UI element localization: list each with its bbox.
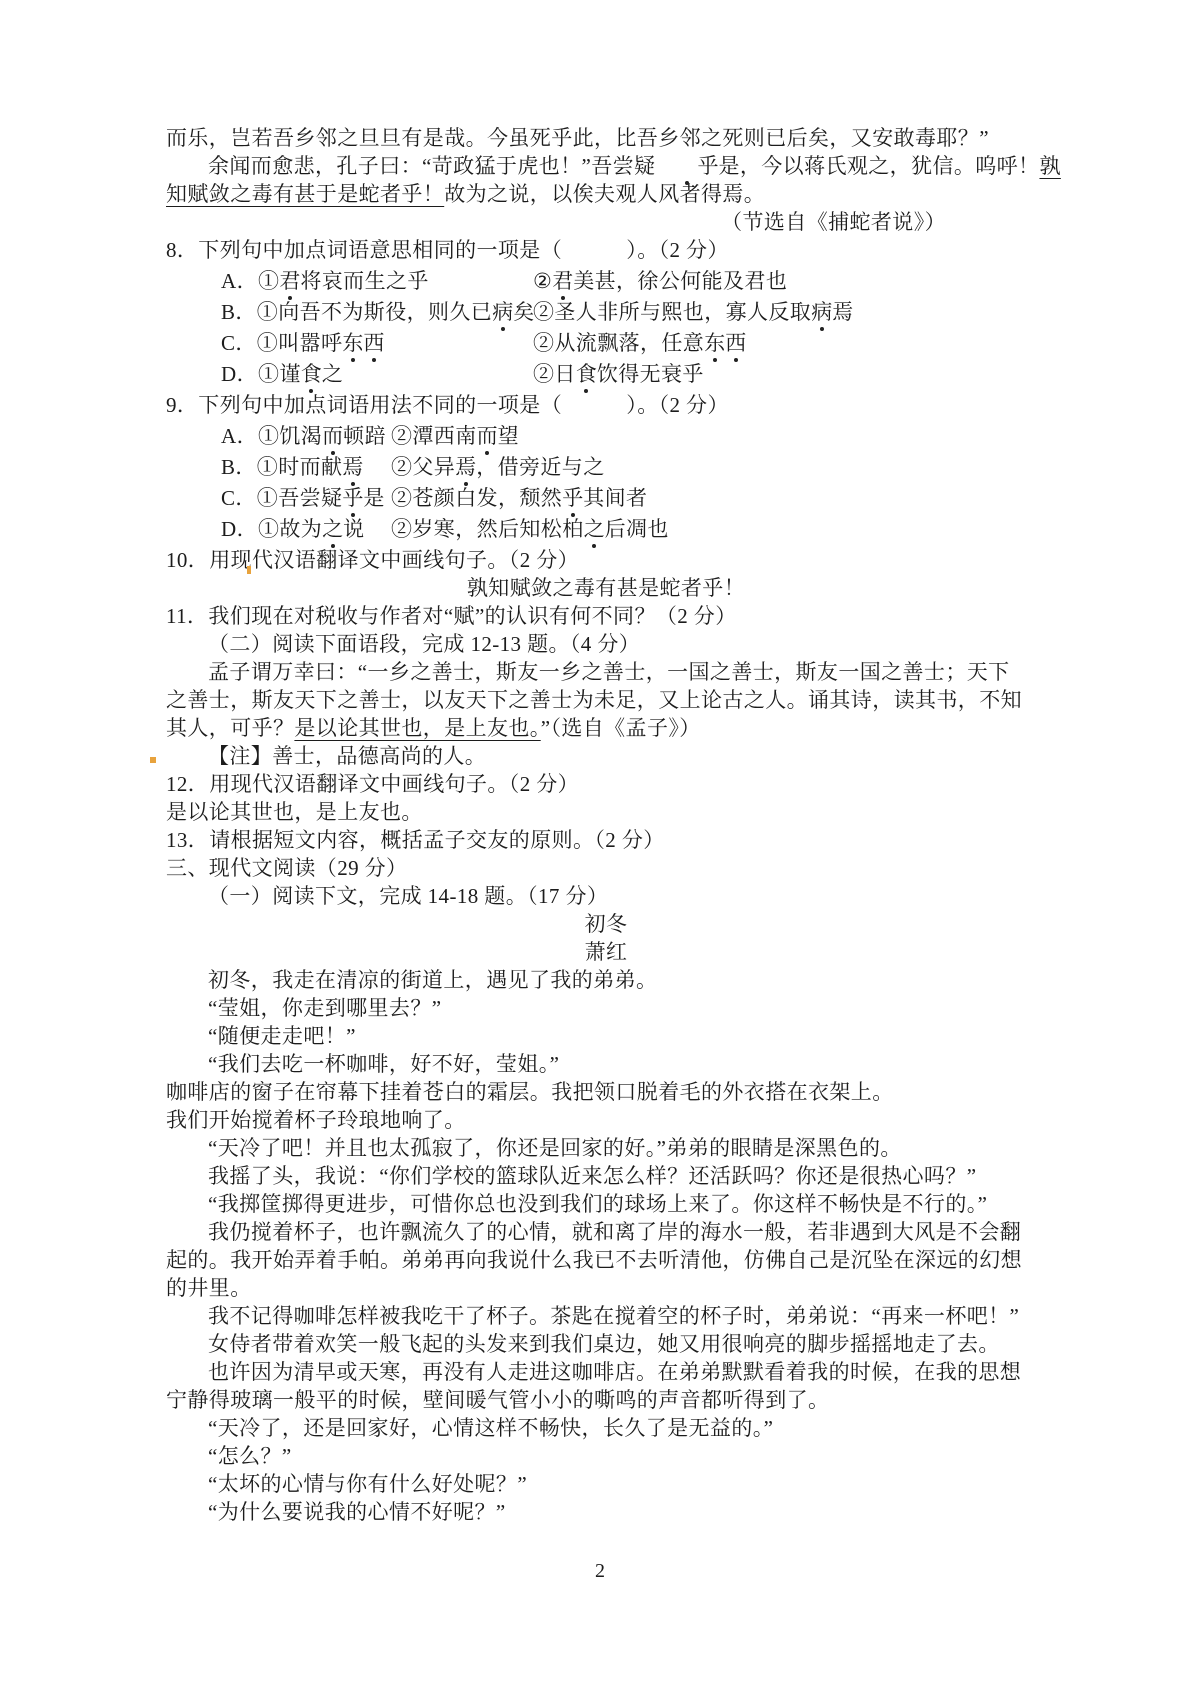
text-segment: 三、现代文阅读（29 分） (166, 856, 407, 880)
text-segment: 其间者 (583, 486, 647, 510)
text-segment: ②日 (533, 362, 576, 386)
option-col2: ②苍颜白发，颓然乎其间者 (391, 484, 647, 512)
text-segment: 之 (322, 362, 343, 386)
text-segment: 说 (343, 517, 364, 541)
emphasis-dot-char: 君 (552, 267, 573, 295)
text-segment: 我摇了头，我说：“你们学校的篮球队近来怎么样？还活跃吗？你还是很热心吗？” (208, 1164, 976, 1188)
question-line: 13．请根据短文内容，概括孟子交友的原则。（2 分） (166, 826, 1046, 854)
emphasis-dot-char: 食 (301, 360, 322, 388)
text-segment: 13．请根据短文内容，概括孟子交友的原则。（2 分） (166, 828, 665, 852)
question-line: 三、现代文阅读（29 分） (166, 854, 1046, 882)
centered-line: 初冬 (166, 910, 1046, 938)
text-segment: ②父异 (391, 455, 455, 479)
text-segment: “为什么要说我的心情不好呢？” (208, 1500, 506, 1524)
text-segment: 10．用现代汉语翻译文中画线句子。（2 分） (166, 548, 579, 572)
option-col2: ②圣人非所与熙也，寡人反取病焉 (533, 298, 854, 326)
paragraph-line-indent: “莹姐，你走到哪里去？” (166, 994, 1046, 1022)
underlined-text: 知赋敛之毒有甚于是蛇者乎！ (166, 182, 444, 206)
paragraph-line: 其人，可乎？是以论其世也，是上友也。”（选自《孟子》） (166, 714, 1046, 742)
option-col2: ②从流飘落，任意东西 (533, 329, 746, 357)
text-segment: ②岁寒，然后知松柏 (391, 517, 584, 541)
text-segment: “天冷了吧！并且也太孤寂了，你还是回家的好。”弟弟的眼睛是深黑色的。 (208, 1136, 902, 1160)
emphasis-dot-char: 病 (492, 298, 513, 326)
paragraph-line-indent: 女侍者带着欢笑一般飞起的头发来到我们桌边，她又用很响亮的脚步摇摇地走了去。 (166, 1330, 1046, 1358)
text-segment: 宁静得玻璃一般平的时候，壁间暖气管小小的嘶鸣的声音都听得到了。 (166, 1388, 829, 1412)
paragraph-line: 起的。我开始弄着手帕。弟弟再向我说什么我已不去听清他，仿佛自己是沉坠在深远的幻想 (166, 1246, 1046, 1274)
right-aligned-line: （节选自《捕蛇者说》） (166, 208, 1046, 236)
paragraph-line: 咖啡店的窗子在帘幕下挂着苍白的霜层。我把领口脱着毛的外衣搭在衣架上。 (166, 1078, 1046, 1106)
underlined-text: 是以论其世也，是上友也。 (294, 716, 540, 740)
option-col1: A．①饥渴而顿踣 (221, 422, 391, 450)
text-segment: 也许因为清早或天寒，再没有人走进这咖啡店。在弟弟默默看着我的时候，在我的思想 (208, 1360, 1021, 1384)
emphasis-dot-char: 乎 (655, 152, 718, 180)
option-col1: B．①向吾不为斯役，则久已病矣 (221, 298, 533, 326)
question-line: 10．用现代汉语翻译文中画线句子。（2 分） (166, 546, 1046, 574)
option-row: B．①向吾不为斯役，则久已病矣②圣人非所与熙也，寡人反取病焉 (166, 298, 1046, 326)
paragraph-line: 的井里。 (166, 1274, 1046, 1302)
option-col1: A．①君将哀而生之乎 (221, 267, 533, 295)
option-row: D．①故为之说②岁寒，然后知松柏之后凋也 (166, 515, 1046, 543)
option-col2: ②潭西南而望 (391, 422, 519, 450)
text-segment: “怎么？” (208, 1444, 292, 1468)
emphasis-dot-char: 之 (322, 515, 343, 543)
text-segment: A．①饥渴 (221, 424, 322, 448)
option-col1: D．①谨食之 (221, 360, 533, 388)
emphasis-dot-char: 西 (363, 329, 384, 357)
text-segment: ，借旁近与之 (476, 455, 604, 479)
option-row: D．①谨食之②日食饮得无衰乎 (166, 360, 1046, 388)
text-segment: 望 (498, 424, 519, 448)
paragraph-line-indent: 我不记得咖啡怎样被我吃干了杯子。茶匙在搅着空的杯子时，弟弟说：“再来一杯吧！” (166, 1302, 1046, 1330)
text-segment: （节选自《捕蛇者说》） (721, 210, 946, 234)
emphasis-dot-char: 乎 (342, 484, 363, 512)
paragraph-line-indent: （二）阅读下面语段，完成 12-13 题。（4 分） (166, 630, 1046, 658)
text-segment: C．①叫嚣呼 (221, 331, 342, 355)
option-row: A．①君将哀而生之乎②君美甚，徐公何能及君也 (166, 267, 1046, 295)
text-segment: D．①故为 (221, 517, 322, 541)
text-segment: 我们开始搅着杯子玲琅地响了。 (166, 1108, 466, 1132)
text-segment: “莹姐，你走到哪里去？” (208, 996, 441, 1020)
paragraph-line-indent: （一）阅读下文，完成 14-18 题。（17 分） (166, 882, 1046, 910)
text-segment: A．① (221, 269, 279, 293)
text-segment: 而乐，岂若吾乡邻之旦旦有是哉。今虽死乎此，比吾乡邻之死则已后矣，又安敢毒耶？” (166, 126, 989, 150)
paragraph-line-indent: “太坏的心情与你有什么好处呢？” (166, 1470, 1046, 1498)
paragraph-line-indent: 【注】善士，品德高尚的人。 (166, 742, 1046, 770)
paragraph-line-indent: 我摇了头，我说：“你们学校的篮球队近来怎么样？还活跃吗？你还是很热心吗？” (166, 1162, 1046, 1190)
option-col1: B．①时而献焉 (221, 453, 391, 481)
paragraph-line: 知赋敛之毒有甚于是蛇者乎！故为之说，以俟夫观人风者得焉。 (166, 180, 1046, 208)
text-segment: 是 (363, 486, 384, 510)
option-col2: ②日食饮得无衰乎 (533, 360, 704, 388)
option-row: A．①饥渴而顿踣②潭西南而望 (166, 422, 1046, 450)
option-col2: ②君美甚，徐公何能及君也 (533, 267, 787, 295)
question-line: 11．我们现在对税收与作者对“赋”的认识有何不同？（2 分） (166, 602, 1046, 630)
text-segment: 【注】善士，品德高尚的人。 (208, 744, 486, 768)
paragraph-line-indent: “天冷了，还是回家好，心情这样不畅快，长久了是无益的。” (166, 1414, 1046, 1442)
scan-artifact (247, 566, 251, 574)
paragraph-line: 而乐，岂若吾乡邻之旦旦有是哉。今虽死乎此，比吾乡邻之死则已后矣，又安敢毒耶？” (166, 124, 1046, 152)
question-line: 9．下列句中加点词语用法不同的一项是（ ）。（2 分） (166, 391, 1046, 419)
emphasis-dot-char: 乎 (562, 484, 583, 512)
centered-line: 孰知赋敛之毒有甚是蛇者乎！ (166, 574, 1046, 602)
exam-content: 而乐，岂若吾乡邻之旦旦有是哉。今虽死乎此，比吾乡邻之死则已后矣，又安敢毒耶？”余… (166, 124, 1046, 1526)
paragraph-line-indent: “我掷筐掷得更进步，可惜你总也没到我们的球场上来了。你这样不畅快是不行的。” (166, 1190, 1046, 1218)
text-segment: B．①向吾不为斯役，则久已 (221, 300, 492, 324)
paragraph-line-indent: 初冬，我走在清凉的街道上，遇见了我的弟弟。 (166, 966, 1046, 994)
centered-line: 萧红 (166, 938, 1046, 966)
question-line: 8．下列句中加点词语意思相同的一项是（ ）。（2 分） (166, 236, 1046, 264)
paragraph-line: 我们开始搅着杯子玲琅地响了。 (166, 1106, 1046, 1134)
text-segment: 其人，可乎？ (166, 716, 294, 740)
question-line: 12．用现代汉语翻译文中画线句子。（2 分） (166, 770, 1046, 798)
paragraph-line: 之善士，斯友天下之善士，以友天下之善士为未足，又上论古之人。诵其诗，读其书，不知 (166, 686, 1046, 714)
option-row: C．①叫嚣呼东西②从流飘落，任意东西 (166, 329, 1046, 357)
text-segment: “我们去吃一杯咖啡，好不好，莹姐。” (208, 1052, 559, 1076)
emphasis-dot-char: 而 (477, 422, 498, 450)
text-segment: 12．用现代汉语翻译文中画线句子。（2 分） (166, 772, 579, 796)
emphasis-dot-char: 之 (584, 515, 605, 543)
text-segment: ②潭西南 (391, 424, 477, 448)
paragraph-line-indent: “随便走走吧！” (166, 1022, 1046, 1050)
emphasis-dot-char: 而 (322, 422, 343, 450)
text-segment: 咖啡店的窗子在帘幕下挂着苍白的霜层。我把领口脱着毛的外衣搭在衣架上。 (166, 1080, 894, 1104)
text-segment: 女侍者带着欢笑一般飞起的头发来到我们桌边，她又用很响亮的脚步摇摇地走了去。 (208, 1332, 1000, 1356)
emphasis-dot-char: 君 (279, 267, 300, 295)
paragraph-line-indent: 我仍搅着杯子，也许飘流久了的心情，就和离了岸的海水一般，若非遇到大风是不会翻 (166, 1218, 1046, 1246)
text-segment: D．①谨 (221, 362, 301, 386)
text-segment: 焉 (832, 300, 853, 324)
text-segment: 11．我们现在对税收与作者对“赋”的认识有何不同？（2 分） (166, 604, 737, 628)
text-segment: （一）阅读下文，完成 14-18 题。（17 分） (208, 884, 608, 908)
text-segment: 是以论其世也，是上友也。 (166, 800, 423, 824)
text-segment: 初冬，我走在清凉的街道上，遇见了我的弟弟。 (208, 968, 657, 992)
option-col1: C．①吾尝疑乎是 (221, 484, 391, 512)
scan-artifact (150, 757, 156, 763)
emphasis-dot-char: 东 (704, 329, 725, 357)
text-segment: ②从流飘落，任意 (533, 331, 704, 355)
text-segment: ②圣人非所与熙也，寡人反取 (533, 300, 811, 324)
option-col1: C．①叫嚣呼东西 (221, 329, 533, 357)
text-segment: “太坏的心情与你有什么好处呢？” (208, 1472, 527, 1496)
text-segment: 9．下列句中加点词语用法不同的一项是（ ）。（2 分） (166, 393, 729, 417)
text-segment: 起的。我开始弄着手帕。弟弟再向我说什么我已不去听清他，仿佛自己是沉坠在深远的幻想 (166, 1248, 1022, 1272)
emphasis-dot-char: 病 (811, 298, 832, 326)
paragraph-line-indent: 余闻而愈悲，孔子曰：“苛政猛于虎也！”吾尝疑乎是，今以蒋氏观之，犹信。呜呼！孰 (166, 152, 1046, 180)
paragraph-line-indent: “天冷了吧！并且也太孤寂了，你还是回家的好。”弟弟的眼睛是深黑色的。 (166, 1134, 1046, 1162)
text-segment: 8．下列句中加点词语意思相同的一项是（ ）。（2 分） (166, 238, 729, 262)
text-segment: 是，今以蒋氏观之，犹信。呜呼！ (718, 154, 1039, 178)
paragraph-line-indent: “怎么？” (166, 1442, 1046, 1470)
option-row: B．①时而献焉②父异焉，借旁近与之 (166, 453, 1046, 481)
text-segment: 余闻而愈悲，孔子曰：“苛政猛于虎也！”吾尝疑 (208, 154, 655, 178)
underlined-text: 孰 (1039, 154, 1060, 178)
text-segment: 矣 (513, 300, 534, 324)
emphasis-dot-char: 食 (576, 360, 597, 388)
emphasis-dot-char: 西 (725, 329, 746, 357)
text-segment: B．①时而献 (221, 455, 342, 479)
text-segment: “随便走走吧！” (208, 1024, 356, 1048)
text-segment: 后凋也 (605, 517, 669, 541)
text-segment: 之善士，斯友天下之善士，以友天下之善士为未足，又上论古之人。诵其诗，读其书，不知 (166, 688, 1022, 712)
text-segment: 孟子谓万幸曰：“一乡之善士，斯友一乡之善士，一国之善士，斯友一国之善士；天下 (208, 660, 1010, 684)
text-segment: 我仍搅着杯子，也许飘流久了的心情，就和离了岸的海水一般，若非遇到大风是不会翻 (208, 1220, 1021, 1244)
option-row: C．①吾尝疑乎是②苍颜白发，颓然乎其间者 (166, 484, 1046, 512)
text-segment: 饮得无衰乎 (597, 362, 704, 386)
paragraph-line-indent: 也许因为清早或天寒，再没有人走进这咖啡店。在弟弟默默看着我的时候，在我的思想 (166, 1358, 1046, 1386)
emphasis-dot-char: 焉 (455, 453, 476, 481)
option-col1: D．①故为之说 (221, 515, 391, 543)
text-segment: ② (533, 269, 552, 293)
paragraph-line-indent: 孟子谓万幸曰：“一乡之善士，斯友一乡之善士，一国之善士，斯友一国之善士；天下 (166, 658, 1046, 686)
paragraph-line-indent: “为什么要说我的心情不好呢？” (166, 1498, 1046, 1526)
text-segment: 顿踣 (343, 424, 386, 448)
text-segment: ②苍颜白发，颓然 (391, 486, 562, 510)
text-segment: 我不记得咖啡怎样被我吃干了杯子。茶匙在搅着空的杯子时，弟弟说：“再来一杯吧！” (208, 1304, 1019, 1328)
text-segment: 的井里。 (166, 1276, 252, 1300)
page-number: 2 (0, 1560, 1200, 1583)
text-segment: 孰知赋敛之毒有甚是蛇者乎！ (467, 576, 745, 600)
paragraph-line-indent: “我们去吃一杯咖啡，好不好，莹姐。” (166, 1050, 1046, 1078)
text-segment: 将哀而生之乎 (300, 269, 428, 293)
text-segment: （二）阅读下面语段，完成 12-13 题。（4 分） (208, 632, 640, 656)
emphasis-dot-char: 东 (342, 329, 363, 357)
text-segment: 故为之说，以俟夫观人风者得焉。 (444, 182, 765, 206)
text-segment: ”（选自《孟子》） (541, 716, 701, 740)
paragraph-line: 宁静得玻璃一般平的时候，壁间暖气管小小的嘶鸣的声音都听得到了。 (166, 1386, 1046, 1414)
paragraph-line: 是以论其世也，是上友也。 (166, 798, 1046, 826)
text-segment: 初冬 (585, 912, 628, 936)
option-col2: ②岁寒，然后知松柏之后凋也 (391, 515, 669, 543)
text-segment: 萧红 (585, 940, 628, 964)
text-segment: 美甚，徐公何能及君也 (573, 269, 787, 293)
option-col2: ②父异焉，借旁近与之 (391, 453, 605, 481)
emphasis-dot-char: 焉 (342, 453, 363, 481)
text-segment: “我掷筐掷得更进步，可惜你总也没到我们的球场上来了。你这样不畅快是不行的。” (208, 1192, 987, 1216)
exam-document-page: 而乐，岂若吾乡邻之旦旦有是哉。今虽死乎此，比吾乡邻之死则已后矣，又安敢毒耶？”余… (0, 0, 1200, 1698)
text-segment: “天冷了，还是回家好，心情这样不畅快，长久了是无益的。” (208, 1416, 773, 1440)
text-segment: C．①吾尝疑 (221, 486, 342, 510)
